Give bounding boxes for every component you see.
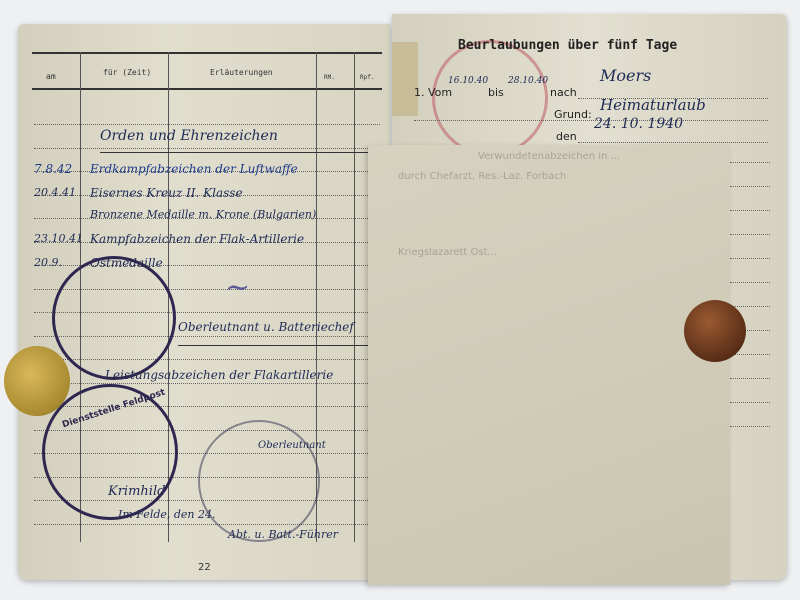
col-header-zeit: für (Zeit) xyxy=(103,68,151,77)
dotted-line xyxy=(414,120,768,121)
destination: Moers xyxy=(600,66,651,85)
reason: Heimaturlaub xyxy=(600,96,706,114)
page-number: 22 xyxy=(198,562,211,573)
col-header-rm: RM. xyxy=(324,74,335,81)
dotted-row xyxy=(730,402,770,403)
copper-coin xyxy=(684,300,746,362)
signature: ~ xyxy=(225,270,250,305)
signature-title: Oberleutnant u. Batteriechef xyxy=(178,320,354,334)
dotted-row xyxy=(34,383,380,384)
dotted-row xyxy=(730,258,770,259)
tape-strip xyxy=(392,42,418,116)
entry-date: 20.4.41 xyxy=(34,186,76,199)
dotted-row xyxy=(34,524,380,525)
round-stamp xyxy=(198,420,320,542)
entry-date: 23.10.41 xyxy=(34,232,83,245)
heading-underline xyxy=(100,152,376,153)
date-signed: 24. 10. 1940 xyxy=(594,116,683,132)
entry-text: Kampfabzeichen der Flak-Artillerie xyxy=(90,232,304,246)
entry-text: Erdkampfabzeichen der Luftwaffe xyxy=(90,162,298,176)
dotted-row xyxy=(730,306,770,307)
nach-label: nach xyxy=(550,86,577,99)
entry-text: Bronzene Medaille m. Krone (Bulgarien) xyxy=(90,208,316,221)
faint-text: Kriegslazarett Ost... xyxy=(398,247,497,258)
dotted-row xyxy=(34,124,380,125)
gold-coin xyxy=(4,346,70,416)
col-header-erlaeuterungen: Erläuterungen xyxy=(210,68,273,77)
faint-text: durch Chefarzt, Res.-Laz. Forbach xyxy=(398,171,566,182)
dotted-row xyxy=(730,378,770,379)
dotted-row xyxy=(730,210,770,211)
dotted-row xyxy=(730,234,770,235)
header-top-rule xyxy=(32,52,382,54)
entry-date: 20.9. xyxy=(34,256,62,269)
header-bottom-rule xyxy=(32,88,382,90)
faint-text: Verwundetenabzeichen in ... xyxy=(478,151,620,162)
dotted-row xyxy=(730,186,770,187)
col-header-rpf: Rpf. xyxy=(360,74,374,81)
vom-label: 1. Vom xyxy=(414,86,452,99)
from-date: 16.10.40 xyxy=(448,76,488,86)
to-date: 28.10.40 xyxy=(508,76,548,86)
dotted-row xyxy=(34,148,380,149)
dotted-line xyxy=(578,142,768,143)
dotted-row xyxy=(730,282,770,283)
dotted-row xyxy=(730,426,770,427)
bis-label: bis xyxy=(488,86,504,99)
col-divider xyxy=(354,52,355,542)
entry-text: Eisernes Kreuz II. Klasse xyxy=(90,186,243,200)
col-header-am: am xyxy=(46,72,56,81)
entry-date: 7.8.42 xyxy=(34,162,72,176)
round-stamp xyxy=(52,256,176,380)
signature-rule xyxy=(178,345,376,346)
dotted-row xyxy=(730,354,770,355)
right-page-title: Beurlaubungen über fünf Tage xyxy=(458,38,677,53)
section-heading: Orden und Ehrenzeichen xyxy=(100,128,278,144)
dotted-row xyxy=(730,162,770,163)
insert-card: Verwundetenabzeichen in ... durch Chefar… xyxy=(368,145,730,585)
den-label: den xyxy=(556,130,577,143)
